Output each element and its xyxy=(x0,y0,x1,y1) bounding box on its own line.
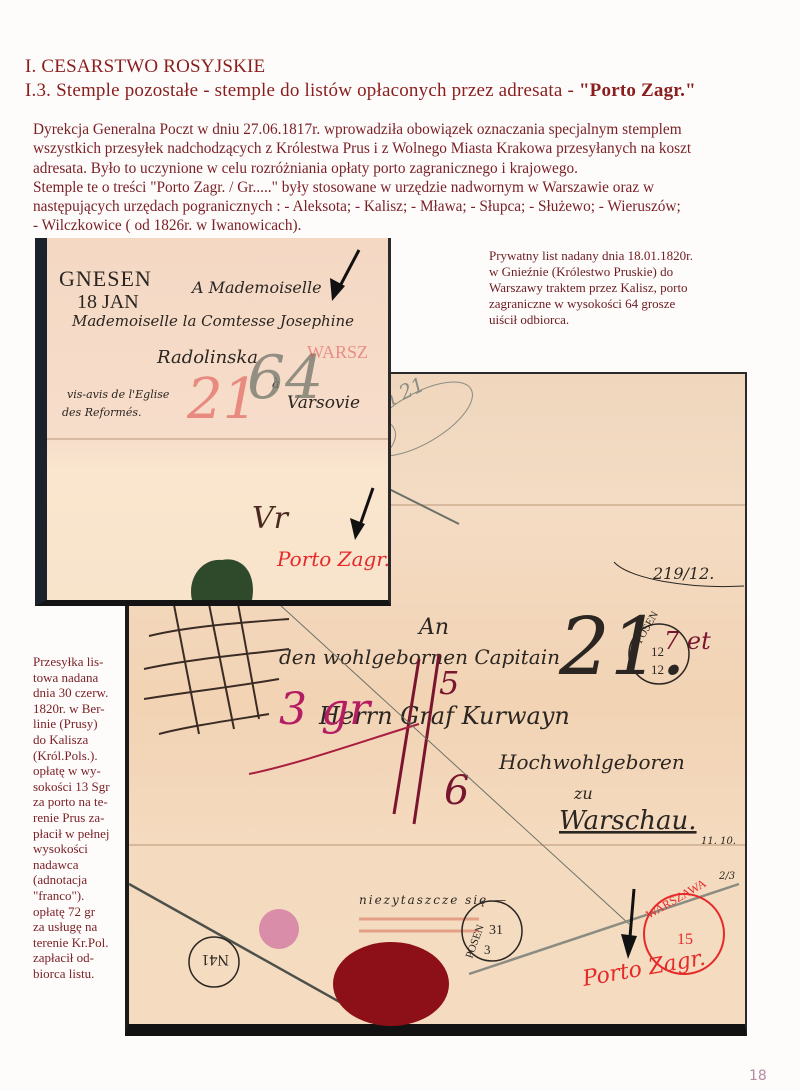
svg-text:Radolinska: Radolinska xyxy=(156,347,258,368)
transit-mark: N41 xyxy=(189,937,239,987)
caption-line: sokości 13 Sgr xyxy=(33,779,128,795)
svg-text:WARSZAWA: WARSZAWA xyxy=(644,876,709,922)
caption-line: płacił w pełnej xyxy=(33,826,128,842)
caption-line: za porto na te- xyxy=(33,794,128,810)
caption-line: nadawca xyxy=(33,857,128,873)
caption-line: Prywatny list nadany dnia 18.01.1820r. xyxy=(489,248,729,264)
page-number: 18 xyxy=(749,1068,767,1084)
svg-text:11. 10.: 11. 10. xyxy=(701,836,736,847)
svg-text:31: 31 xyxy=(489,923,503,938)
caption-line: w Gnieźnie (Królestwo Pruskie) do xyxy=(489,264,729,280)
caption-line: Przesyłka lis- xyxy=(33,654,128,670)
intro-line: Stemple te o treści "Porto Zagr. / Gr...… xyxy=(33,178,763,197)
svg-text:vis-avis de l'Eglise: vis-avis de l'Eglise xyxy=(67,388,170,401)
intro-line: - Wilczkowice ( od 1826r. w Iwanowicach)… xyxy=(33,216,763,235)
caption-line: wysokości xyxy=(33,841,128,857)
caption-line: biorca listu. xyxy=(33,966,128,982)
arrow-icon xyxy=(330,250,359,301)
porto-zagr-stamp: Porto Zagr. xyxy=(580,946,708,992)
section-title: I. CESARSTWO ROSYJSKIE xyxy=(25,56,265,78)
intro-line: wszystkich przesyłek nadchodzących z Kró… xyxy=(33,139,763,158)
caption-line: opłatę w wy- xyxy=(33,763,128,779)
intro-paragraph: Dyrekcja Generalna Poczt w dniu 27.06.18… xyxy=(33,120,763,236)
wax-seal xyxy=(191,559,253,600)
svg-text:5: 5 xyxy=(439,664,459,702)
rate-handwritten: Vr xyxy=(252,501,290,536)
intro-line: adresata. Było to uczynione w celu rozró… xyxy=(33,159,763,178)
caption-line: renie Prus za- xyxy=(33,810,128,826)
caption-line: za usługę na xyxy=(33,919,128,935)
porto-zagr-stamp: Porto Zagr. xyxy=(276,547,390,571)
caption-line: zagraniczne w wysokości 64 grosze xyxy=(489,296,729,312)
caption-berlin-letter: Przesyłka lis- towa nadana dnia 30 czerw… xyxy=(33,654,128,981)
caption-line: towa nadana xyxy=(33,670,128,686)
caption-line: zapłacił od- xyxy=(33,950,128,966)
svg-text:Mademoiselle la Comtesse Jos: Mademoiselle la Comtesse Josephine xyxy=(71,312,354,330)
caption-line: dnia 30 czerw. xyxy=(33,685,128,701)
postmark-date: 18 JAN xyxy=(77,291,139,313)
svg-text:niezytaszcze się —: niezytaszcze się — xyxy=(359,893,508,907)
caption-line: linie (Prusy) xyxy=(33,716,128,732)
letter-image-gnesen: GNESEN 18 JAN A Mademoiselle Mademoisell… xyxy=(35,238,391,606)
svg-text:WARSZ: WARSZ xyxy=(307,342,368,362)
postmark-gnesen: GNESEN xyxy=(59,266,152,291)
letter-ink: GNESEN 18 JAN A Mademoiselle Mademoisell… xyxy=(47,238,388,600)
caption-line: (adnotacja xyxy=(33,872,128,888)
svg-text:Hochwohlgeboren: Hochwohlgeboren xyxy=(498,750,685,774)
caption-line: do Kalisza xyxy=(33,732,128,748)
svg-text:12: 12 xyxy=(651,644,664,659)
wax-seal xyxy=(333,942,449,1026)
subsection-title-text: I.3. Stemple pozostałe - stemple do list… xyxy=(25,80,579,101)
svg-text:A Mademoiselle: A Mademoiselle xyxy=(190,278,322,297)
svg-text:des Reformés.: des Reformés. xyxy=(62,406,142,419)
caption-line: opłatę 72 gr xyxy=(33,904,128,920)
subsection-title: I.3. Stemple pozostałe - stemple do list… xyxy=(25,80,696,102)
caption-line: uiścił odbiorca. xyxy=(489,312,729,328)
svg-text:3 gr: 3 gr xyxy=(279,684,373,735)
svg-text:219/12.: 219/12. xyxy=(652,564,714,583)
caption-gnesen-letter: Prywatny list nadany dnia 18.01.1820r. w… xyxy=(489,248,729,328)
subsection-title-emphasis: "Porto Zagr." xyxy=(579,80,696,101)
svg-text:2/3: 2/3 xyxy=(718,871,735,882)
svg-text:12: 12 xyxy=(651,662,664,677)
svg-text:An: An xyxy=(417,615,449,640)
svg-text:N41: N41 xyxy=(201,951,229,968)
caption-line: 1820r. w Ber- xyxy=(33,701,128,717)
svg-text:15: 15 xyxy=(677,931,693,948)
svg-text:7 et: 7 et xyxy=(664,627,711,655)
svg-text:zu: zu xyxy=(573,784,593,803)
caption-line: Warszawy traktem przez Kalisz, porto xyxy=(489,280,729,296)
svg-text:den wohlgebornen Capitain: den wohlgebornen Capitain xyxy=(279,645,560,669)
caption-line: terenie Kr.Pol. xyxy=(33,935,128,951)
intro-line: następujących urzędach pogranicznych : -… xyxy=(33,197,763,216)
arrow-icon xyxy=(350,488,373,540)
caption-line: (Król.Pols.). xyxy=(33,748,128,764)
svg-text:3: 3 xyxy=(484,942,491,957)
svg-text:Warschau.: Warschau. xyxy=(559,806,697,836)
caption-line: "franco"). xyxy=(33,888,128,904)
intro-line: Dyrekcja Generalna Poczt w dniu 27.06.18… xyxy=(33,120,763,139)
